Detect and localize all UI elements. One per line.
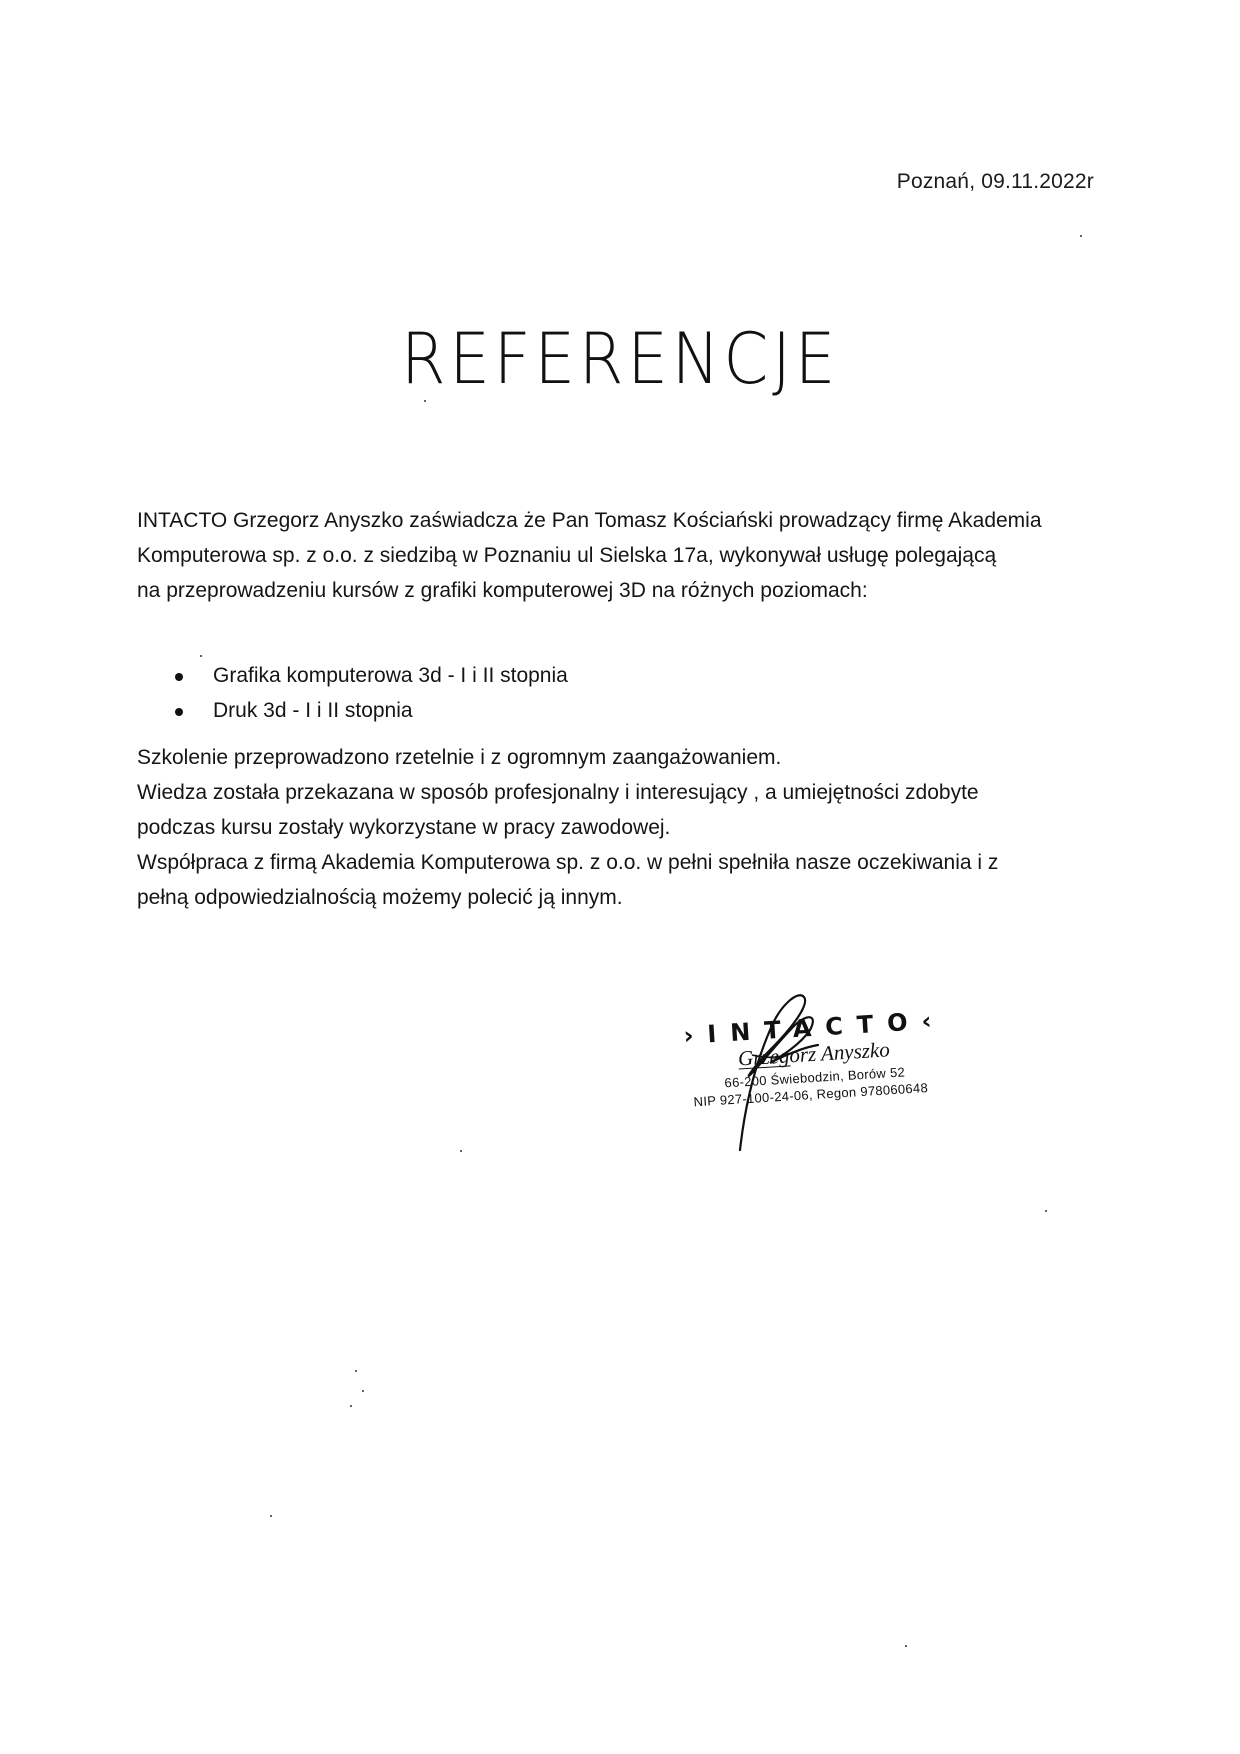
- course-list-item: Grafika komputerowa 3d - I i II stopnia: [175, 658, 568, 693]
- document-title-text: REFERENCJE: [401, 318, 839, 400]
- course-list: Grafika komputerowa 3d - I i II stopnia …: [175, 658, 568, 728]
- scan-speck: [355, 1370, 357, 1372]
- scan-speck: [424, 400, 426, 402]
- scan-speck: [905, 1645, 907, 1647]
- intro-line: Komputerowa sp. z o.o. z siedzibą w Pozn…: [137, 538, 1097, 573]
- closing-line: Wiedza została przekazana w sposób profe…: [137, 775, 1097, 810]
- scan-speck: [1045, 1210, 1047, 1212]
- course-list-item: Druk 3d - I i II stopnia: [175, 693, 568, 728]
- intro-line: INTACTO Grzegorz Anyszko zaświadcza że P…: [137, 503, 1097, 538]
- company-stamp: ›INTACTO‹ Grzegorz Anyszko 66-200 Świebo…: [680, 992, 987, 1130]
- closing-line: podczas kursu zostały wykorzystane w pra…: [137, 810, 1097, 845]
- scan-speck: [350, 1405, 352, 1407]
- intro-paragraph: INTACTO Grzegorz Anyszko zaświadcza że P…: [137, 503, 1097, 608]
- scan-speck: [1080, 235, 1082, 237]
- scan-speck: [362, 1390, 364, 1392]
- document-title: REFERENCJE: [50, 318, 1191, 400]
- intro-line: na przeprowadzeniu kursów z grafiki komp…: [137, 573, 1097, 608]
- closing-line: pełną odpowiedzialnością możemy polecić …: [137, 880, 1097, 915]
- reference-letter-page: Poznań, 09.11.2022r REFERENCJE INTACTO G…: [0, 0, 1240, 1754]
- closing-line: Szkolenie przeprowadzono rzetelnie i z o…: [137, 740, 1097, 775]
- closing-line: Współpraca z firmą Akademia Komputerowa …: [137, 845, 1097, 880]
- scan-speck: [200, 655, 202, 657]
- closing-paragraph: Szkolenie przeprowadzono rzetelnie i z o…: [137, 740, 1097, 915]
- place-and-date: Poznań, 09.11.2022r: [897, 170, 1094, 194]
- scan-speck: [270, 1515, 272, 1517]
- scan-speck: [460, 1150, 462, 1152]
